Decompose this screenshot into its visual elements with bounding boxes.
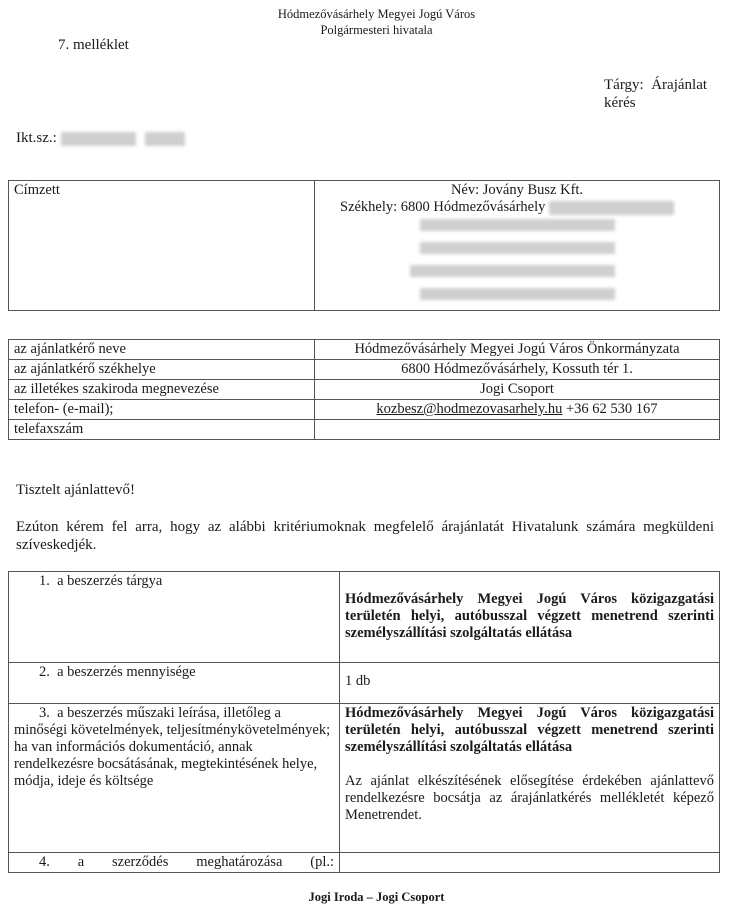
row-value: Hódmezővásárhely Megyei Jogú Város Önkor… <box>315 340 720 360</box>
intro-paragraph: Ezúton kérem fel arra, hogy az alábbi kr… <box>16 518 714 554</box>
row-value: 1 db <box>340 663 720 704</box>
header-line1: Hódmezővásárhely Megyei Jogú Város <box>0 6 753 22</box>
table-row: az ajánlatkérő székhelye 6800 Hódmezővás… <box>9 360 720 380</box>
table-row: az illetékes szakiroda megnevezése Jogi … <box>9 380 720 400</box>
row-value <box>315 420 720 440</box>
subject-label: Tárgy: <box>604 77 644 93</box>
criteria-table: 1. a beszerzés tárgya Hódmezővásárhely M… <box>8 571 720 873</box>
greeting: Tisztelt ajánlattevő! <box>16 482 135 499</box>
requester-table: az ajánlatkérő neve Hódmezővásárhely Meg… <box>8 339 720 440</box>
subject-value: Árajánlat <box>651 77 707 93</box>
row-label: az ajánlatkérő székhelye <box>9 360 315 380</box>
table-row: 1. a beszerzés tárgya Hódmezővásárhely M… <box>9 572 720 663</box>
row-label: 4. a szerződés meghatározása (pl.: <box>9 853 340 873</box>
phone-number: +36 62 530 167 <box>566 401 658 417</box>
redacted-block <box>549 201 674 215</box>
recipient-redacted-address <box>320 216 714 308</box>
recipient-name: Név: Jovány Busz Kft. <box>320 182 714 199</box>
row-label: 3. a beszerzés műszaki leírása, illetőle… <box>9 704 340 853</box>
row-value: Hódmezővásárhely Megyei Jogú Város közig… <box>340 704 720 853</box>
row-value <box>340 853 720 873</box>
row-label: 2. a beszerzés mennyisége <box>9 663 340 704</box>
row-value: Jogi Csoport <box>315 380 720 400</box>
subject-block: Tárgy: Árajánlat kérés <box>604 76 707 112</box>
row-label: az illetékes szakiroda megnevezése <box>9 380 315 400</box>
header-line2: Polgármesteri hivatala <box>0 22 753 38</box>
document-header: Hódmezővásárhely Megyei Jogú Város Polgá… <box>0 6 753 38</box>
recipient-label: Címzett <box>9 181 315 311</box>
contact-value: kozbesz@hodmezovasarhely.hu +36 62 530 1… <box>315 400 720 420</box>
table-row: 4. a szerződés meghatározása (pl.: <box>9 853 720 873</box>
recipient-table: Címzett Név: Jovány Busz Kft. Székhely: … <box>8 180 720 311</box>
table-row: az ajánlatkérő neve Hódmezővásárhely Meg… <box>9 340 720 360</box>
table-row: 2. a beszerzés mennyisége 1 db <box>9 663 720 704</box>
reference-label: Ikt.sz.: <box>16 130 57 146</box>
row-value: 6800 Hódmezővásárhely, Kossuth tér 1. <box>315 360 720 380</box>
subject-value-line2: kérés <box>604 94 707 112</box>
email-link[interactable]: kozbesz@hodmezovasarhely.hu <box>376 401 562 417</box>
recipient-seat: Székhely: 6800 Hódmezővásárhely <box>320 199 714 216</box>
reference-number: Ikt.sz.: <box>16 130 185 147</box>
row-label: telefon- (e-mail); <box>9 400 315 420</box>
table-row: telefon- (e-mail); kozbesz@hodmezovasarh… <box>9 400 720 420</box>
row-label: telefaxszám <box>9 420 315 440</box>
recipient-details: Név: Jovány Busz Kft. Székhely: 6800 Hód… <box>315 181 720 311</box>
attachment-label: 7. melléklet <box>58 37 129 54</box>
table-row: 3. a beszerzés műszaki leírása, illetőle… <box>9 704 720 853</box>
table-row: telefaxszám <box>9 420 720 440</box>
row-label: 1. a beszerzés tárgya <box>9 572 340 663</box>
redacted-block <box>61 132 136 146</box>
redacted-block <box>145 132 185 146</box>
page-footer: Jogi Iroda – Jogi Csoport <box>0 890 753 905</box>
row-label: az ajánlatkérő neve <box>9 340 315 360</box>
row-value: Hódmezővásárhely Megyei Jogú Város közig… <box>340 572 720 663</box>
